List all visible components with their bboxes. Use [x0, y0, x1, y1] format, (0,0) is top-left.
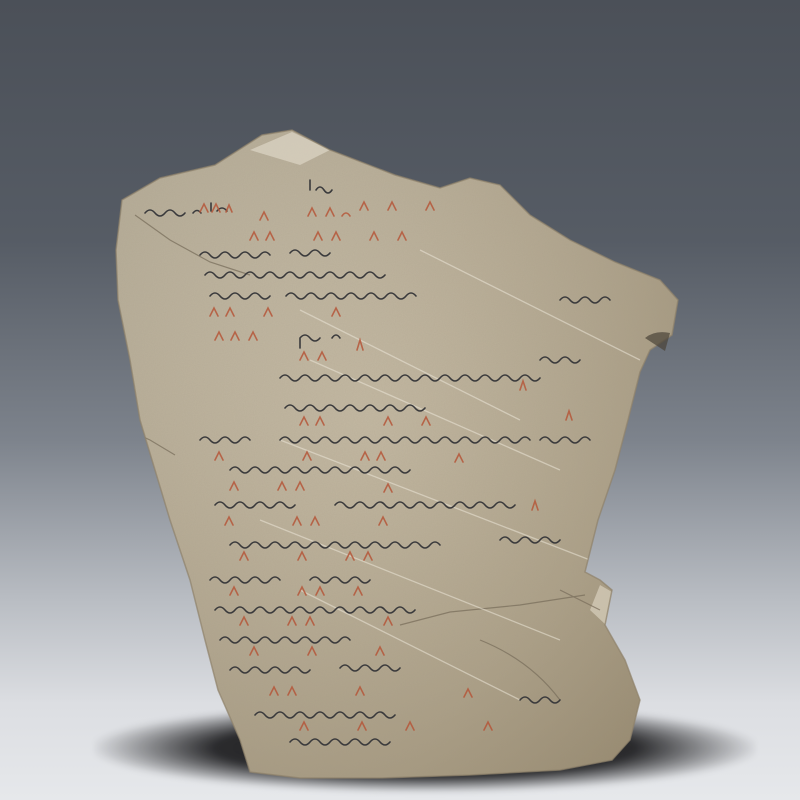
ostracon [0, 0, 800, 800]
